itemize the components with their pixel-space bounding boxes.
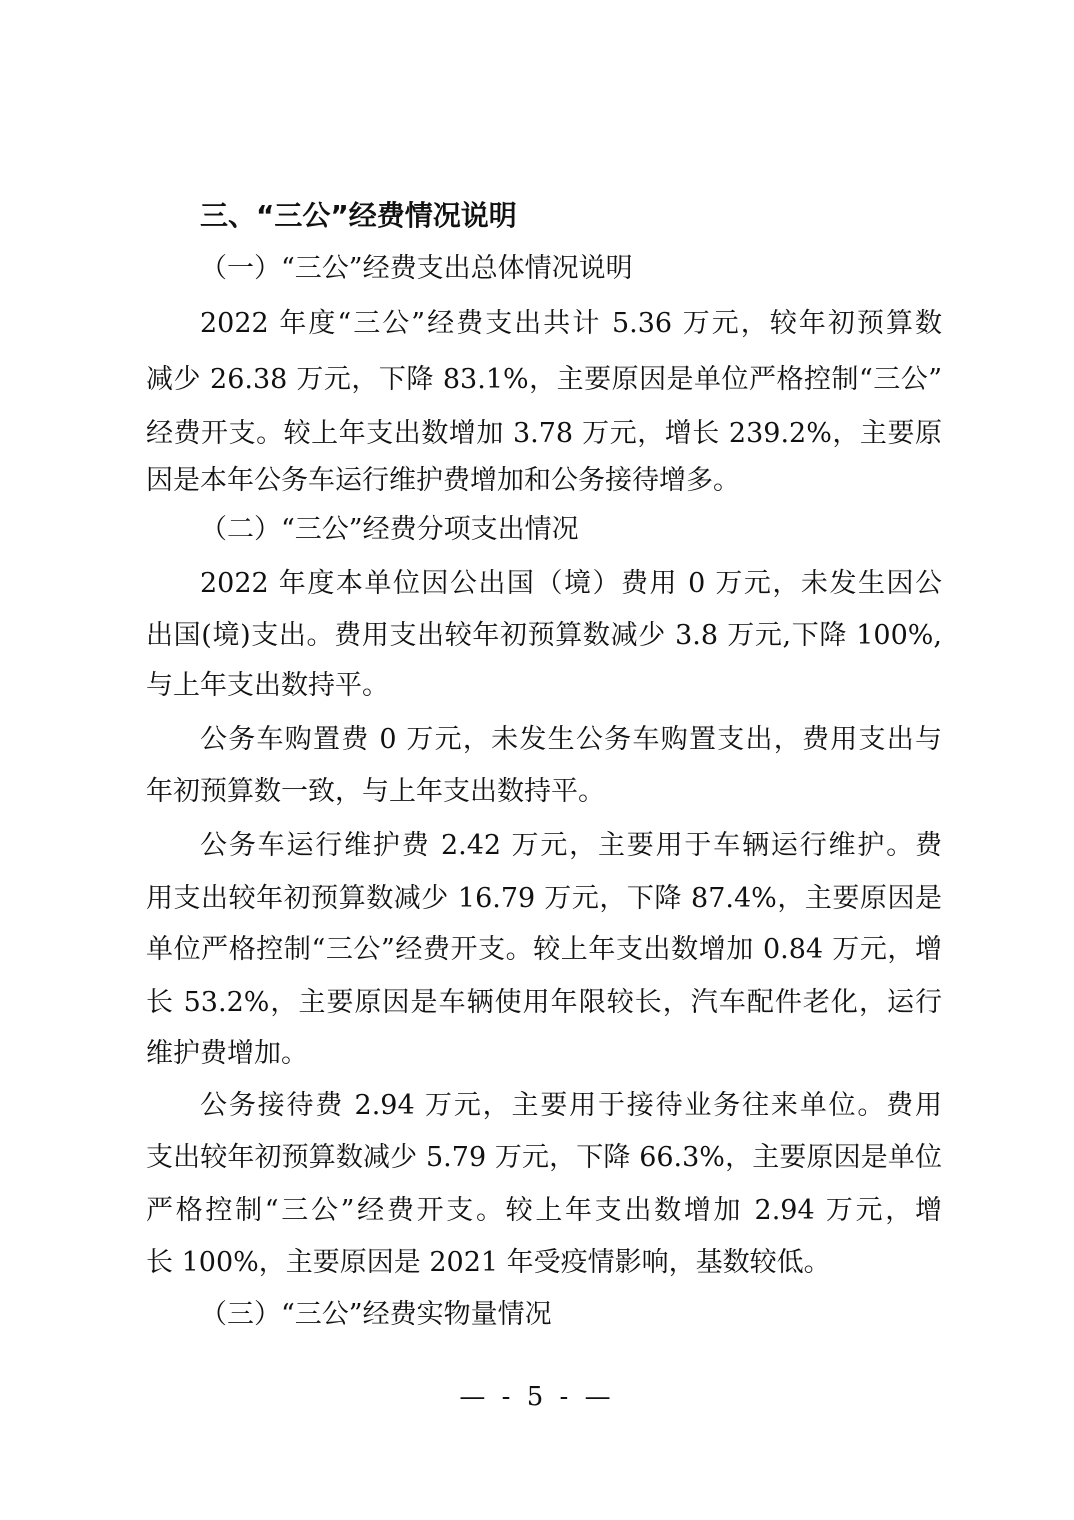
subsection-heading-2: （二）“三公”经费分项支出情况 <box>200 512 579 548</box>
paragraph-line: 2022 年度“三公”经费支出共计 5.36 万元，较年初预算数 <box>200 306 942 342</box>
paragraph-line: 公务车购置费 0 万元，未发生公务车购置支出，费用支出与 <box>200 722 942 758</box>
paragraph-line: 长 53.2%，主要原因是车辆使用年限较长，汽车配件老化，运行 <box>146 985 942 1021</box>
paragraph-line: 单位严格控制“三公”经费开支。较上年支出数增加 0.84 万元，增 <box>146 932 942 968</box>
paragraph-line: 与上年支出数持平。 <box>146 668 942 704</box>
paragraph-line: 减少 26.38 万元，下降 83.1%，主要原因是单位严格控制“三公” <box>146 362 942 398</box>
paragraph-line: 年初预算数一致，与上年支出数持平。 <box>146 774 942 810</box>
paragraph-line: 严格控制“三公”经费开支。较上年支出数增加 2.94 万元，增 <box>146 1193 942 1229</box>
section-title: 三、“三公”经费情况说明 <box>200 198 517 234</box>
subsection-heading-3: （三）“三公”经费实物量情况 <box>200 1297 552 1333</box>
document-page: 三、“三公”经费情况说明 （一）“三公”经费支出总体情况说明 2022 年度“三… <box>0 0 1074 1520</box>
paragraph-line: 用支出较年初预算数减少 16.79 万元，下降 87.4%，主要原因是 <box>146 881 942 917</box>
paragraph-line: 经费开支。较上年支出数增加 3.78 万元，增长 239.2%，主要原 <box>146 416 942 452</box>
paragraph-line: 公务接待费 2.94 万元，主要用于接待业务往来单位。费用 <box>200 1088 942 1124</box>
paragraph-line: 因是本年公务车运行维护费增加和公务接待增多。 <box>146 463 942 499</box>
paragraph-line: 支出较年初预算数减少 5.79 万元，下降 66.3%，主要原因是单位 <box>146 1140 942 1176</box>
paragraph-line: 公务车运行维护费 2.42 万元，主要用于车辆运行维护。费 <box>200 828 942 864</box>
paragraph-line: 长 100%，主要原因是 2021 年受疫情影响，基数较低。 <box>146 1245 942 1281</box>
paragraph-line: 2022 年度本单位因公出国（境）费用 0 万元，未发生因公 <box>200 566 942 602</box>
paragraph-line: 出国(境)支出。费用支出较年初预算数减少 3.8 万元,下降 100%, <box>146 618 942 654</box>
subsection-heading-1: （一）“三公”经费支出总体情况说明 <box>200 251 633 287</box>
page-number: — - 5 - — <box>0 1382 1074 1412</box>
paragraph-line: 维护费增加。 <box>146 1036 942 1072</box>
